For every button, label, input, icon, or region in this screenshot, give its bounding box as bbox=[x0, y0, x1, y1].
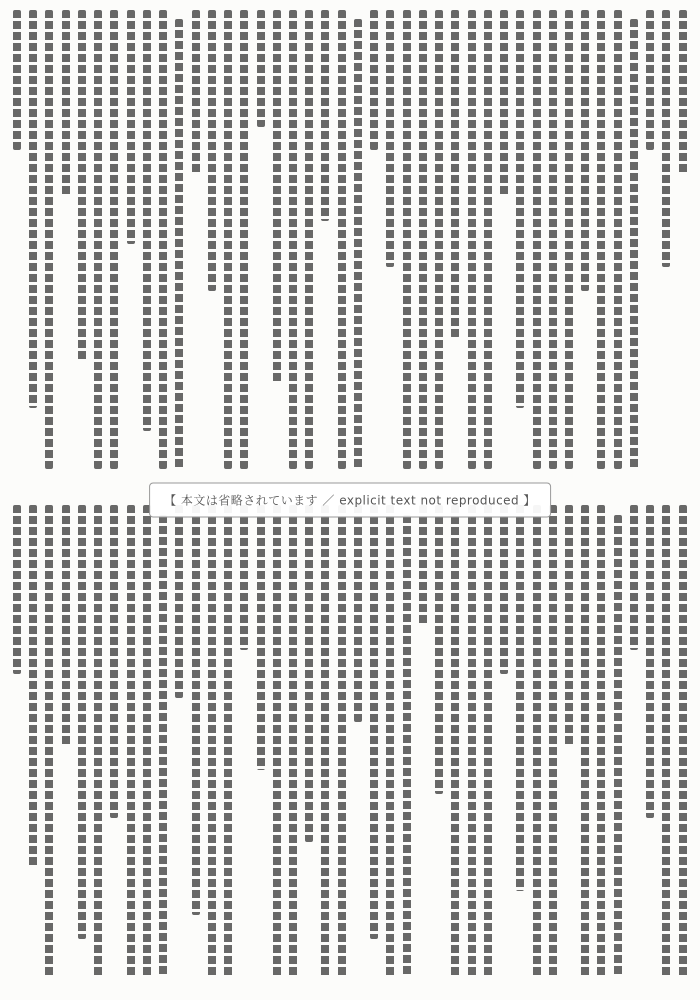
text-column bbox=[304, 10, 314, 478]
text-column bbox=[353, 10, 363, 478]
text-column-ink bbox=[224, 505, 232, 977]
text-column bbox=[661, 10, 671, 478]
text-column bbox=[385, 10, 395, 478]
text-column bbox=[532, 505, 542, 987]
text-column-ink bbox=[240, 505, 248, 650]
text-column bbox=[337, 505, 347, 987]
text-column-ink bbox=[403, 515, 411, 978]
text-column-ink bbox=[565, 505, 573, 746]
text-column-ink bbox=[630, 505, 638, 650]
text-column bbox=[77, 505, 87, 987]
text-column-ink bbox=[273, 10, 281, 384]
text-column-ink bbox=[370, 505, 378, 939]
text-column bbox=[450, 505, 460, 987]
text-column bbox=[369, 505, 379, 987]
text-column-ink bbox=[78, 10, 86, 361]
text-column-ink bbox=[370, 10, 378, 150]
text-column-ink bbox=[208, 505, 216, 977]
text-column-ink bbox=[679, 10, 687, 174]
text-column bbox=[434, 505, 444, 987]
text-column-ink bbox=[159, 10, 167, 469]
text-column bbox=[548, 10, 558, 478]
text-column bbox=[402, 505, 412, 987]
text-column-ink bbox=[127, 10, 135, 244]
text-column bbox=[499, 10, 509, 478]
text-column-ink bbox=[13, 10, 21, 150]
text-column bbox=[629, 10, 639, 478]
text-column bbox=[207, 505, 217, 987]
text-column-ink bbox=[549, 505, 557, 977]
text-column bbox=[142, 10, 152, 478]
text-column bbox=[483, 505, 493, 987]
text-column bbox=[645, 10, 655, 478]
text-column-ink bbox=[273, 505, 281, 977]
text-column-ink bbox=[500, 10, 508, 197]
text-column bbox=[207, 10, 217, 478]
text-column-ink bbox=[597, 10, 605, 469]
text-column-ink bbox=[13, 505, 21, 674]
text-column-ink bbox=[403, 10, 411, 469]
text-column-ink bbox=[305, 505, 313, 842]
text-column-ink bbox=[451, 505, 459, 977]
text-column-ink bbox=[533, 10, 541, 469]
text-column bbox=[272, 10, 282, 478]
text-column-ink bbox=[646, 505, 654, 818]
text-column-ink bbox=[435, 10, 443, 469]
text-column-ink bbox=[192, 505, 200, 915]
text-column-ink bbox=[289, 10, 297, 469]
text-column bbox=[548, 505, 558, 987]
text-column-ink bbox=[175, 505, 183, 698]
text-column bbox=[93, 10, 103, 478]
text-column bbox=[44, 10, 54, 478]
text-column bbox=[142, 505, 152, 987]
text-column bbox=[44, 505, 54, 987]
text-column bbox=[402, 10, 412, 478]
text-column-ink bbox=[419, 505, 427, 626]
text-column-ink bbox=[662, 10, 670, 267]
text-column-ink bbox=[45, 10, 53, 469]
text-column-ink bbox=[29, 10, 37, 408]
text-column bbox=[256, 505, 266, 987]
text-column bbox=[304, 505, 314, 987]
text-column-ink bbox=[679, 505, 687, 977]
text-column bbox=[467, 10, 477, 478]
text-column-ink bbox=[62, 10, 70, 197]
text-column bbox=[320, 10, 330, 478]
text-column bbox=[239, 505, 249, 987]
text-block-bottom bbox=[12, 505, 688, 987]
text-column bbox=[613, 10, 623, 478]
text-column bbox=[645, 505, 655, 987]
text-column bbox=[418, 10, 428, 478]
text-column-ink bbox=[321, 505, 329, 977]
text-column-ink bbox=[110, 10, 118, 469]
text-column bbox=[12, 10, 22, 478]
text-column-ink bbox=[127, 505, 135, 977]
text-column bbox=[126, 10, 136, 478]
text-column-ink bbox=[468, 10, 476, 469]
text-column-ink bbox=[386, 505, 394, 977]
text-block-top bbox=[12, 10, 688, 478]
text-column bbox=[661, 505, 671, 987]
text-column-ink bbox=[338, 505, 346, 977]
text-column bbox=[174, 10, 184, 478]
text-column-ink bbox=[110, 505, 118, 818]
text-column bbox=[77, 10, 87, 478]
text-column-ink bbox=[662, 505, 670, 977]
text-column bbox=[564, 505, 574, 987]
text-column bbox=[12, 505, 22, 987]
text-column-ink bbox=[435, 505, 443, 794]
text-column bbox=[158, 505, 168, 987]
text-column-ink bbox=[468, 505, 476, 977]
text-column-ink bbox=[533, 505, 541, 977]
text-column bbox=[580, 10, 590, 478]
text-column bbox=[499, 505, 509, 987]
text-column bbox=[223, 505, 233, 987]
text-column bbox=[109, 10, 119, 478]
text-column bbox=[532, 10, 542, 478]
text-column bbox=[434, 10, 444, 478]
text-column bbox=[678, 10, 688, 478]
text-column-ink bbox=[338, 10, 346, 469]
text-column bbox=[174, 505, 184, 987]
text-column-ink bbox=[289, 505, 297, 977]
text-column bbox=[515, 10, 525, 478]
text-column-ink bbox=[94, 505, 102, 977]
text-column bbox=[223, 10, 233, 478]
text-column-ink bbox=[78, 505, 86, 939]
text-column bbox=[28, 10, 38, 478]
text-column-ink bbox=[257, 10, 265, 127]
text-column bbox=[678, 505, 688, 987]
text-column-ink bbox=[549, 10, 557, 469]
text-column bbox=[596, 505, 606, 987]
text-column-ink bbox=[646, 10, 654, 150]
text-column-ink bbox=[143, 505, 151, 977]
text-column bbox=[109, 505, 119, 987]
text-column-ink bbox=[45, 505, 53, 977]
text-column-ink bbox=[451, 10, 459, 338]
text-column bbox=[385, 505, 395, 987]
redaction-notice: 【 本文は省略されています ／ explicit text not reprod… bbox=[149, 483, 551, 518]
text-column bbox=[28, 505, 38, 987]
text-column bbox=[158, 10, 168, 478]
text-column-ink bbox=[386, 10, 394, 267]
text-column bbox=[272, 505, 282, 987]
text-column bbox=[613, 505, 623, 987]
text-column-ink bbox=[500, 505, 508, 674]
text-column bbox=[369, 10, 379, 478]
text-column-ink bbox=[484, 10, 492, 469]
text-column-ink bbox=[143, 10, 151, 431]
text-column bbox=[61, 10, 71, 478]
text-column bbox=[191, 10, 201, 478]
text-column-ink bbox=[614, 515, 622, 978]
text-column-ink bbox=[321, 10, 329, 221]
text-column bbox=[126, 505, 136, 987]
text-column-ink bbox=[419, 10, 427, 469]
text-column-ink bbox=[224, 10, 232, 469]
text-column bbox=[515, 505, 525, 987]
text-column-ink bbox=[630, 19, 638, 468]
text-column-ink bbox=[192, 10, 200, 174]
text-column bbox=[483, 10, 493, 478]
text-column-ink bbox=[29, 505, 37, 867]
text-column bbox=[467, 505, 477, 987]
scanned-novel-page: 【 本文は省略されています ／ explicit text not reprod… bbox=[0, 0, 700, 1000]
text-column bbox=[288, 505, 298, 987]
text-column-ink bbox=[257, 505, 265, 770]
text-column-ink bbox=[581, 505, 589, 977]
text-column-ink bbox=[484, 505, 492, 977]
text-column-ink bbox=[94, 10, 102, 469]
text-column bbox=[256, 10, 266, 478]
text-column bbox=[337, 10, 347, 478]
text-column-ink bbox=[175, 19, 183, 468]
text-column bbox=[596, 10, 606, 478]
text-column bbox=[239, 10, 249, 478]
text-column-ink bbox=[614, 10, 622, 469]
text-column bbox=[61, 505, 71, 987]
text-column bbox=[288, 10, 298, 478]
text-column bbox=[418, 505, 428, 987]
text-column-ink bbox=[240, 10, 248, 469]
text-column bbox=[93, 505, 103, 987]
text-column-ink bbox=[305, 10, 313, 469]
text-column-ink bbox=[516, 10, 524, 408]
text-column-ink bbox=[354, 505, 362, 722]
text-column-ink bbox=[159, 515, 167, 978]
text-column-ink bbox=[597, 505, 605, 977]
text-column-ink bbox=[208, 10, 216, 291]
text-column bbox=[191, 505, 201, 987]
text-column bbox=[629, 505, 639, 987]
text-column-ink bbox=[516, 505, 524, 891]
text-column bbox=[353, 505, 363, 987]
text-column-ink bbox=[354, 19, 362, 468]
text-column bbox=[450, 10, 460, 478]
text-column bbox=[320, 505, 330, 987]
text-column-ink bbox=[581, 10, 589, 291]
text-column-ink bbox=[565, 10, 573, 469]
text-column-ink bbox=[62, 505, 70, 746]
text-column bbox=[580, 505, 590, 987]
text-column bbox=[564, 10, 574, 478]
